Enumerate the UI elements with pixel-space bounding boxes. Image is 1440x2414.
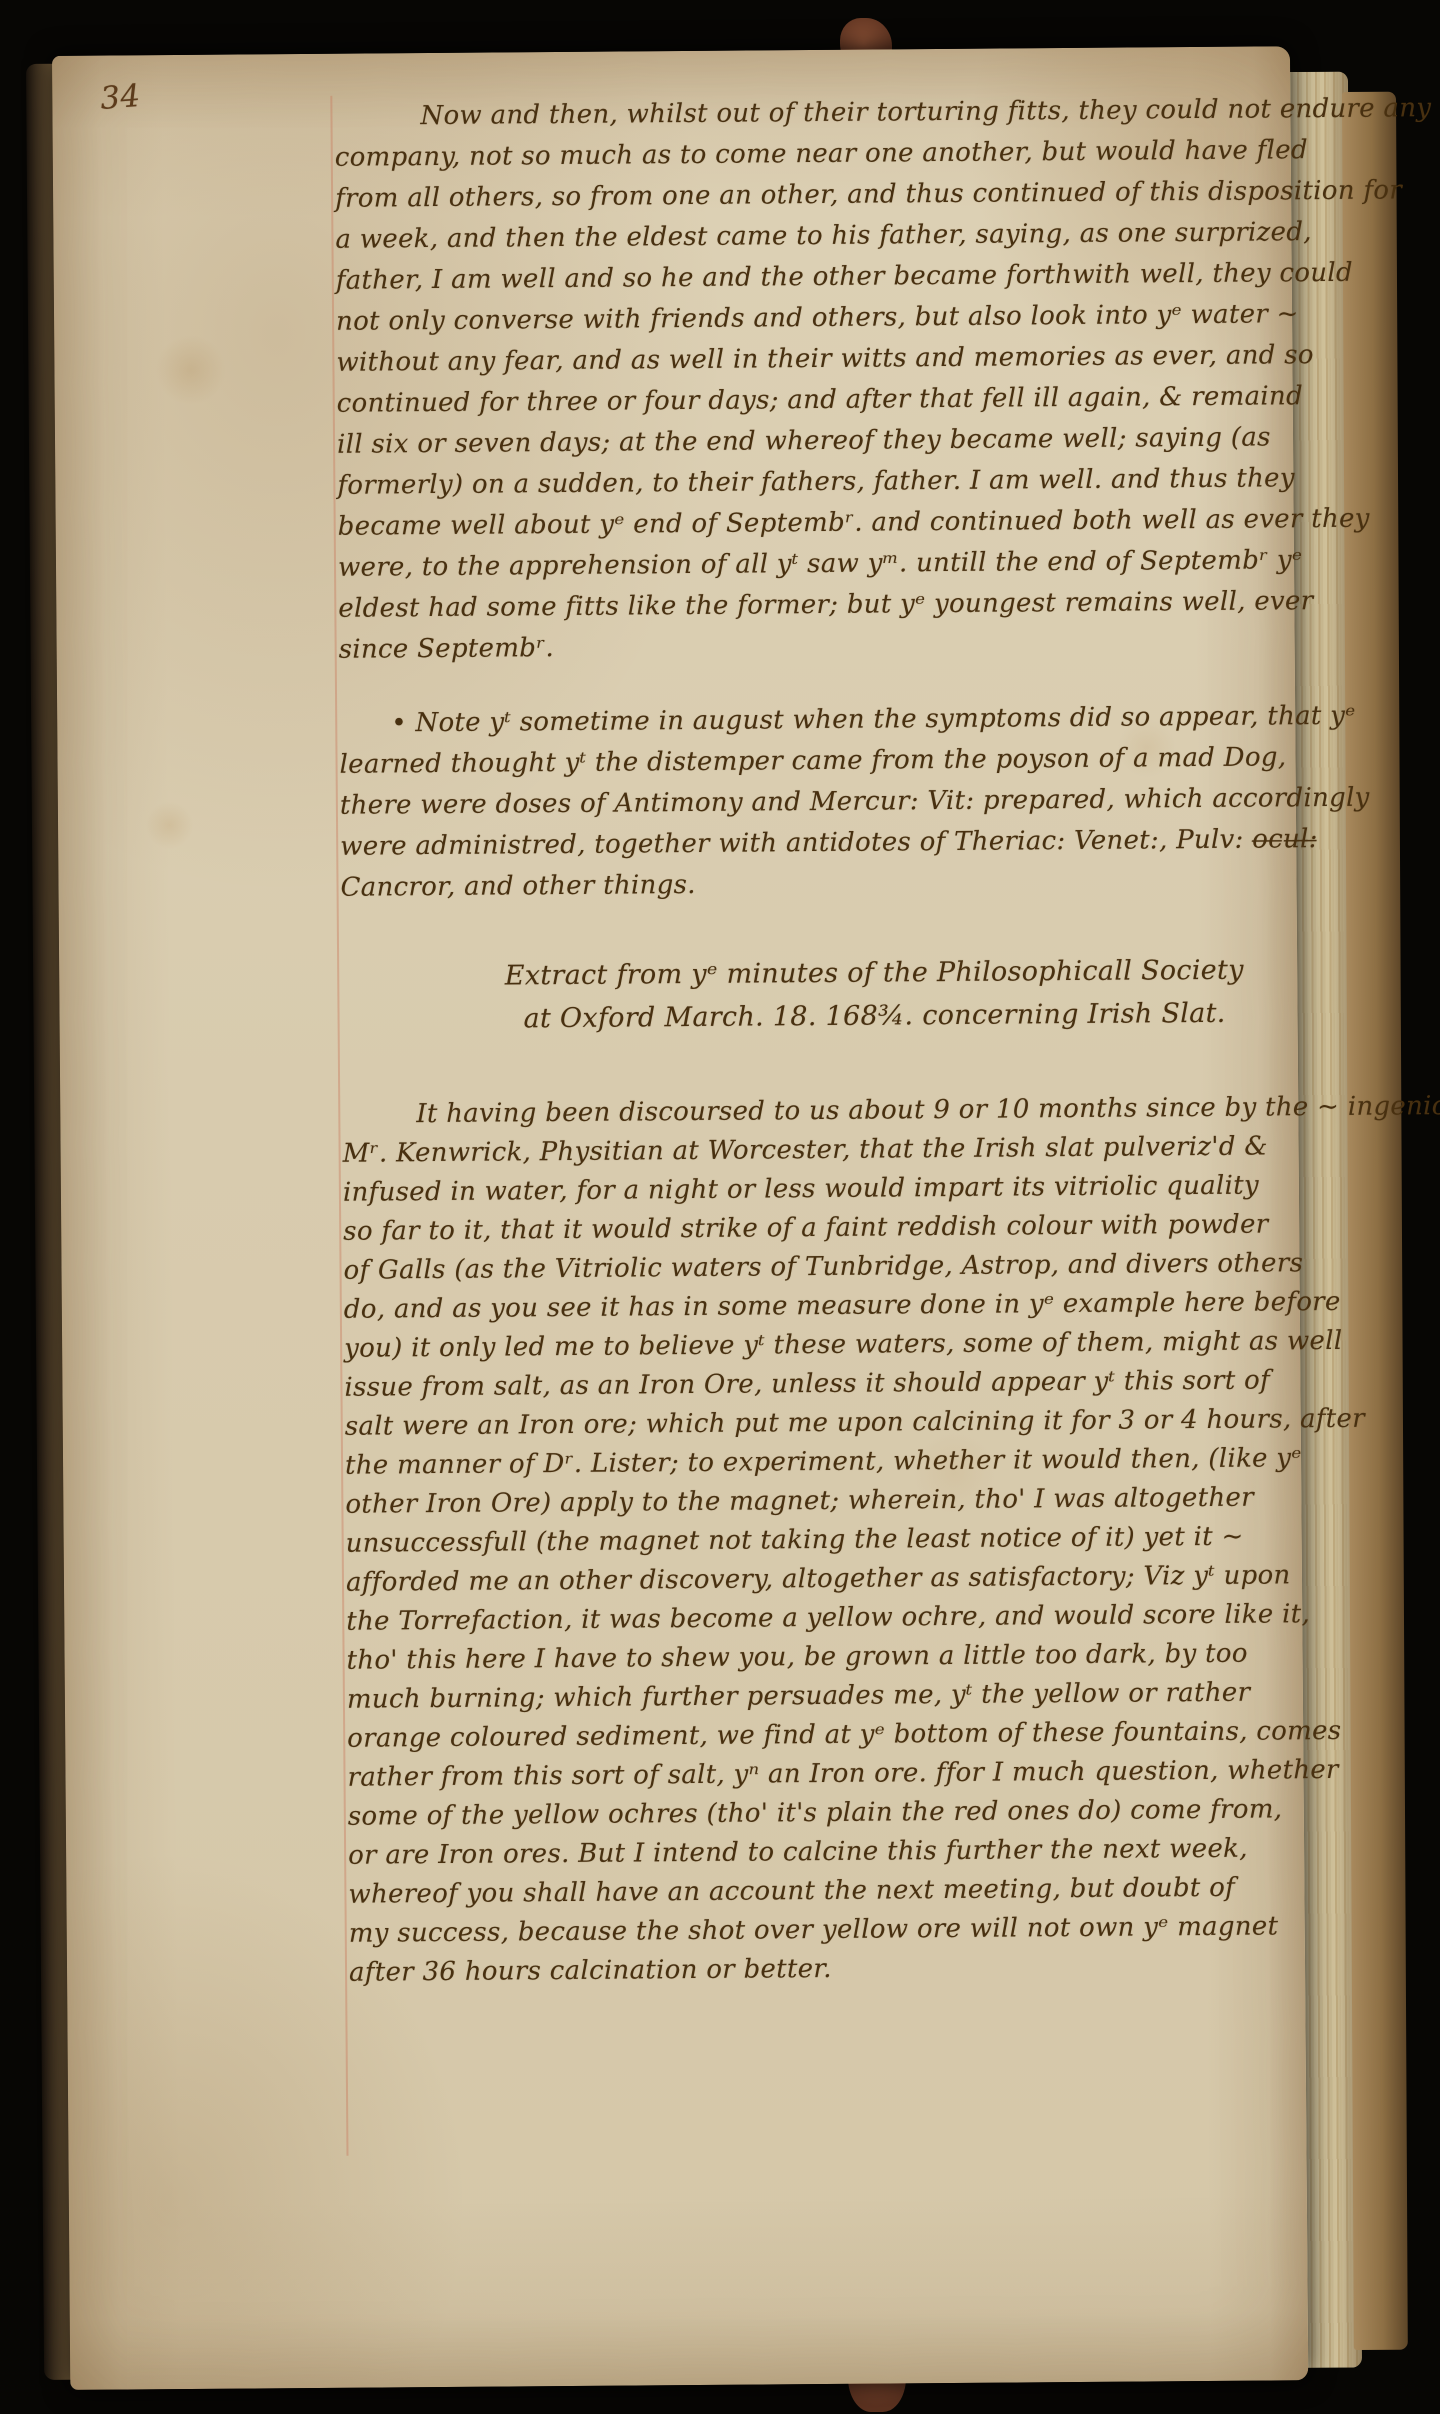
paragraph-note-remedies: • Note yᵗ sometime in august when the sy… — [339, 701, 1293, 913]
manuscript-line: Extract from yᵉ minutes of the Philosoph… — [451, 954, 1297, 1004]
book-cover-edge — [1342, 92, 1408, 2350]
paragraph-fits-account: Now and then, whilst out of their tortur… — [334, 94, 1290, 675]
manuscript-line: Cancror, and other things. — [340, 865, 1292, 913]
paragraph-irish-slat-extract: It having been discoursed to us about 9 … — [342, 1092, 1305, 1996]
manuscript-page: 34 Now and then, whilst out of their tor… — [52, 46, 1308, 2390]
manuscript-line: at Oxford March. 18. 168¾. concerning Ir… — [451, 997, 1297, 1047]
manuscript-line: since Septembʳ. — [339, 627, 1291, 675]
page-number: 34 — [99, 78, 142, 117]
extract-heading: Extract from yᵉ minutes of the Philosoph… — [451, 954, 1298, 1047]
manuscript-line: after 36 hours calcination or better. — [349, 1950, 1305, 1997]
